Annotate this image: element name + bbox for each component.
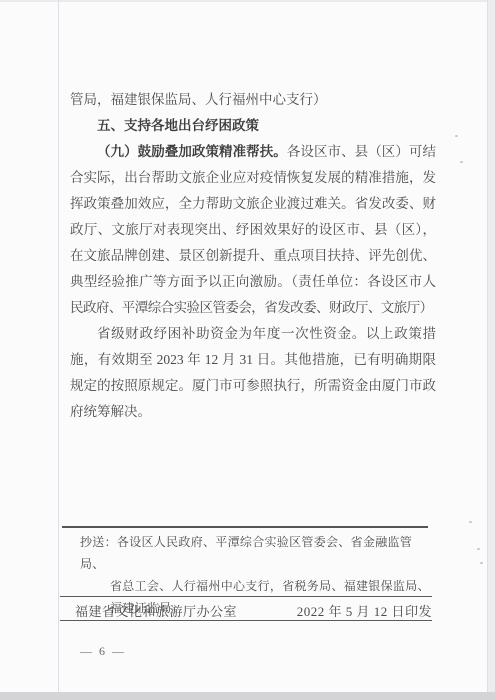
body-text: 府统筹解决。 xyxy=(70,404,151,419)
scan-speck xyxy=(469,521,472,523)
body-text: 挥政策叠加效应，全力帮助文旅企业渡过难关。省发改委、财 xyxy=(70,196,436,211)
body-text: 民政府、平潭综合实验区管委会，省发改委、财政厅、文旅厅） xyxy=(70,300,433,315)
body-line: 民政府、平潭综合实验区管委会，省发改委、财政厅、文旅厅） xyxy=(70,295,436,321)
body-line: 政厅、文旅厅对表现突出、纾困效果好的设区市、县（区）， xyxy=(70,217,436,243)
body-text: 施，有效期至 2023 年 12 月 31 日。其他措施，已有明确期限 xyxy=(70,352,436,367)
footer-rule-middle xyxy=(60,596,432,597)
scanner-bottom-strip xyxy=(0,692,495,700)
body-text: 各设区市、县（区）可结 xyxy=(287,144,436,159)
body-line: 管局，福建银保监局、人行福州中心支行） xyxy=(70,87,436,113)
clause-heading-text: （九）鼓励叠加政策精准帮扶。 xyxy=(97,144,287,159)
section-heading: 五、支持各地出台纾困政策 xyxy=(70,113,436,139)
body-text: 在文旅品牌创建、景区创新提升、重点项目扶持、评先创优、 xyxy=(70,248,436,263)
section-heading-text: 五、支持各地出台纾困政策 xyxy=(97,118,259,133)
body-line: （九）鼓励叠加政策精准帮扶。各设区市、县（区）可结 xyxy=(70,139,436,165)
body-text: 省级财政纾困补助资金为年度一次性资金。以上政策措 xyxy=(97,326,436,341)
page-number: — 6 — xyxy=(72,644,134,659)
body-text: 典型经验推广等方面予以正向激励。（责任单位：各设区市人 xyxy=(70,274,436,289)
cc-line: 抄送：各设区人民政府、平潭综合实验区管委会、省金融监管局、 xyxy=(80,531,436,575)
body-line: 省级财政纾困补助资金为年度一次性资金。以上政策措 xyxy=(70,321,436,347)
body-text: 管局，福建银保监局、人行福州中心支行） xyxy=(70,92,327,107)
scan-speck xyxy=(480,562,483,564)
body-line: 典型经验推广等方面予以正向激励。（责任单位：各设区市人 xyxy=(70,269,436,295)
body-line: 施，有效期至 2023 年 12 月 31 日。其他措施，已有明确期限 xyxy=(70,347,436,373)
body-line: 府统筹解决。 xyxy=(70,399,436,425)
scan-speck xyxy=(477,548,480,550)
print-date: 2022 年 5 月 12 日印发 xyxy=(297,601,432,620)
footer-rule-bottom xyxy=(60,620,432,621)
body-line: 合实际，出台帮助文旅企业应对疫情恢复发展的精准措施，发 xyxy=(70,165,436,191)
issuer-row: 福建省文化和旅游厅办公室 2022 年 5 月 12 日印发 xyxy=(75,601,432,620)
scan-top-edge xyxy=(0,0,495,2)
body-line: 挥政策叠加效应，全力帮助文旅企业渡过难关。省发改委、财 xyxy=(70,191,436,217)
body-text: 规定的按照原规定。厦门市可参照执行，所需资金由厦门市政 xyxy=(70,378,436,393)
body-line: 规定的按照原规定。厦门市可参照执行，所需资金由厦门市政 xyxy=(70,373,436,399)
scan-speck xyxy=(455,135,458,137)
body-text: 合实际，出台帮助文旅企业应对疫情恢复发展的精准措施，发 xyxy=(70,170,436,185)
cc-line: 省总工会、人行福州中心支行，省税务局、福建银保监局、 xyxy=(80,575,436,597)
paper-left-edge xyxy=(58,0,59,692)
scanned-document-page: 管局，福建银保监局、人行福州中心支行） 五、支持各地出台纾困政策 （九）鼓励叠加… xyxy=(0,0,495,700)
body-line: 在文旅品牌创建、景区创新提升、重点项目扶持、评先创优、 xyxy=(70,243,436,269)
footer-rule-top xyxy=(62,526,428,528)
document-body: 管局，福建银保监局、人行福州中心支行） 五、支持各地出台纾困政策 （九）鼓励叠加… xyxy=(70,87,436,425)
scanner-right-strip xyxy=(487,0,495,700)
body-text: 政厅、文旅厅对表现突出、纾困效果好的设区市、县（区）， xyxy=(70,222,436,237)
scan-speck xyxy=(460,161,463,163)
issuer-office: 福建省文化和旅游厅办公室 xyxy=(75,601,237,620)
